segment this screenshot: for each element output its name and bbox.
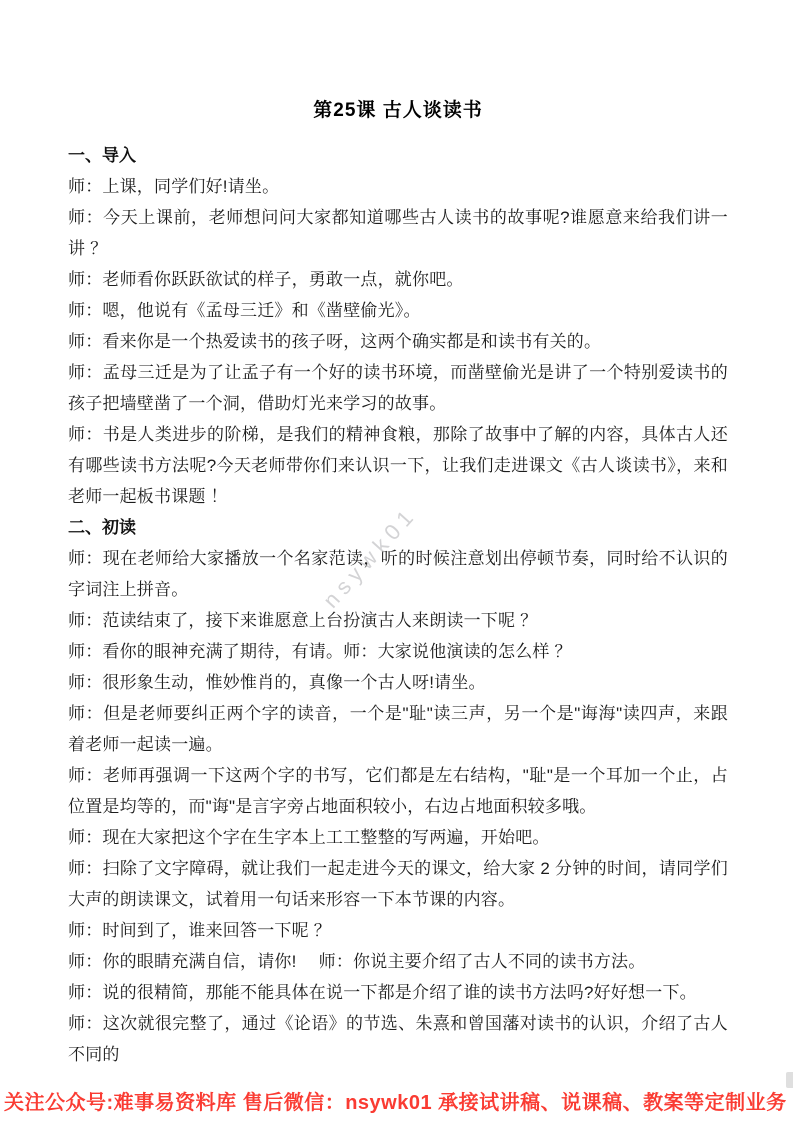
dialogue-line: 师：范读结束了，接下来谁愿意上台扮演古人来朗读一下呢 ？ xyxy=(68,605,728,636)
lesson-script: 第25课 古人谈读书 一、导入 师：上课，同学们好!请坐。 师：今天上课前，老师… xyxy=(68,96,728,1070)
page-edge-artifact xyxy=(786,1072,793,1088)
footer-promo-text: 关注公众号:难事易资料库 售后微信：nsywk01 承接试讲稿、说课稿、教案等定… xyxy=(4,1090,793,1116)
document-page: 第25课 古人谈读书 一、导入 师：上课，同学们好!请坐。 师：今天上课前，老师… xyxy=(0,0,793,1122)
dialogue-line: 师：这次就很完整了，通过《论语》的节选、朱熹和曾国藩对读书的认识，介绍了古人不同… xyxy=(68,1008,728,1070)
dialogue-line: 师：现在大家把这个字在生字本上工工整整的写两遍，开始吧。 xyxy=(68,822,728,853)
dialogue-line: 师：看来你是一个热爱读书的孩子呀，这两个确实都是和读书有关的。 xyxy=(68,326,728,357)
dialogue-line: 师：时间到了，谁来回答一下呢 ？ xyxy=(68,915,728,946)
dialogue-line: 师：老师再强调一下这两个字的书写，它们都是左右结构，"耻"是一个耳加一个止，占位… xyxy=(68,760,728,822)
dialogue-line: 师：你的眼睛充满自信，请你! 师：你说主要介绍了古人不同的读书方法。 xyxy=(68,946,728,977)
dialogue-line: 师：但是老师要纠正两个字的读音，一个是"耻"读三声，另一个是"诲海"读四声，来跟… xyxy=(68,698,728,760)
dialogue-line: 师：看你的眼神充满了期待，有请。师：大家说他演读的怎么样 ？ xyxy=(68,636,728,667)
page-title: 第25课 古人谈读书 xyxy=(68,96,728,126)
dialogue-line: 师：嗯，他说有《孟母三迁》和《凿壁偷光》。 xyxy=(68,295,728,326)
dialogue-line: 师：老师看你跃跃欲试的样子，勇敢一点，就你吧。 xyxy=(68,264,728,295)
dialogue-line: 师：上课，同学们好!请坐。 xyxy=(68,171,728,202)
section-heading-intro: 一、导入 xyxy=(68,140,728,171)
dialogue-line: 师：书是人类进步的阶梯，是我们的精神食粮，那除了故事中了解的内容，具体古人还有哪… xyxy=(68,419,728,512)
dialogue-line: 师：现在老师给大家播放一个名家范读，听的时候注意划出停顿节奏，同时给不认识的字词… xyxy=(68,543,728,605)
dialogue-line: 师：说的很精简，那能不能具体在说一下都是介绍了谁的读书方法吗?好好想一下。 xyxy=(68,977,728,1008)
dialogue-line: 师：很形象生动，惟妙惟肖的，真像一个古人呀!请坐。 xyxy=(68,667,728,698)
dialogue-line: 师：扫除了文字障碍，就让我们一起走进今天的课文，给大家 2 分钟的时间，请同学们… xyxy=(68,853,728,915)
dialogue-line: 师：孟母三迁是为了让孟子有一个好的读书环境，而凿壁偷光是讲了一个特别爱读书的孩子… xyxy=(68,357,728,419)
dialogue-line: 师：今天上课前，老师想问问大家都知道哪些古人读书的故事呢?谁愿意来给我们讲一讲 … xyxy=(68,202,728,264)
section-heading-first-read: 二、初读 xyxy=(68,512,728,543)
